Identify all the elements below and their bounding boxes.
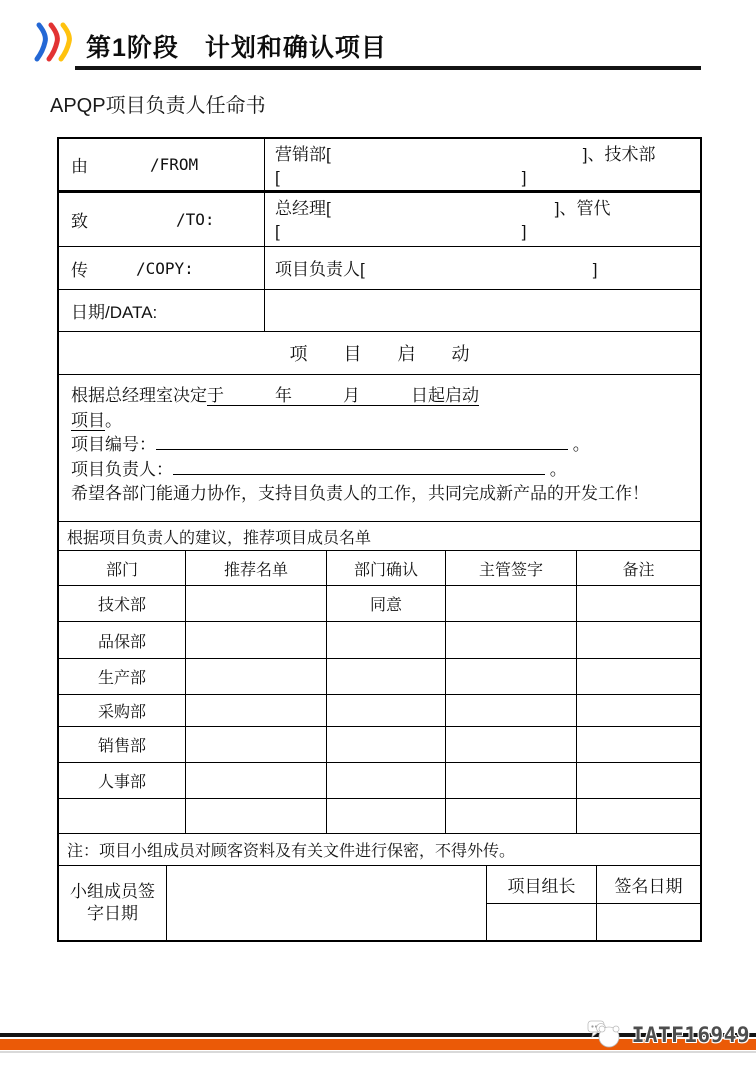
to-line2-pre: [ <box>275 222 280 241</box>
date-label-cell: 日期/DATA: <box>59 290 265 331</box>
to-row: 致 /TO: 总经理[]、管代 [] <box>59 193 700 247</box>
from-label-en: /FROM <box>150 155 198 174</box>
leader-signature-cell <box>487 904 597 941</box>
date-value-cell <box>265 290 700 331</box>
dept-cell: 采购部 <box>59 695 186 726</box>
project-leader-period: 。 <box>550 460 567 479</box>
copy-line1-post: ] <box>593 258 598 281</box>
remark-cell <box>577 763 700 798</box>
title-underline <box>75 66 701 70</box>
copy-label-cell: 传 /COPY: <box>59 247 265 289</box>
confidentiality-note-row: 注：项目小组成员对顾客资料及有关文件进行保密，不得外传。 <box>59 834 700 866</box>
col-header-signature: 主管签字 <box>446 551 577 585</box>
to-label-en: /TO: <box>176 210 215 229</box>
remark-cell <box>577 659 700 694</box>
confirm-cell: 同意 <box>327 586 446 621</box>
project-launch-title: 项 目 启 动 <box>290 340 470 366</box>
to-line2-post: ] <box>522 222 527 241</box>
signature-cell <box>446 586 577 621</box>
launch-line2-underlined: 项目 <box>71 411 105 431</box>
confirm-cell <box>327 622 446 658</box>
copy-line1-pre: 项目负责人[ <box>275 258 365 281</box>
page-title: 第1阶段 计划和确认项目 <box>86 28 387 64</box>
appointment-form-table: 由 /FROM 营销部[]、技术部 [] 致 /TO: 总经理[]、管代 [] … <box>57 137 702 942</box>
watermark: IATF16949 <box>587 1019 750 1051</box>
leader-signoff-header-row: 项目组长 签名日期 <box>487 866 700 904</box>
dept-cell: 人事部 <box>59 763 186 798</box>
confirm-cell <box>327 799 446 833</box>
to-line1-post: ]、管代 <box>555 199 611 218</box>
project-number-blank <box>156 434 568 450</box>
col-header-remark: 备注 <box>577 551 700 585</box>
sign-date-cell <box>597 904 700 941</box>
to-line1-pre: 总经理[ <box>275 199 331 218</box>
table-row: 销售部 <box>59 727 700 763</box>
copy-label-en: /COPY: <box>136 259 194 278</box>
leader-signoff-grid: 项目组长 签名日期 <box>487 866 700 940</box>
table-row <box>59 799 700 834</box>
launch-line1-plain: 根据总经理室决定 <box>71 386 207 405</box>
signature-cell <box>446 763 577 798</box>
watermark-text: IATF16949 <box>632 1023 750 1047</box>
team-signature-area <box>167 866 487 940</box>
from-value-cell: 营销部[]、技术部 [] <box>265 139 700 190</box>
from-line2-pre: [ <box>275 168 280 187</box>
copy-value-cell: 项目负责人[] <box>265 247 700 289</box>
confirm-cell <box>327 659 446 694</box>
from-line2-post: ] <box>522 168 527 187</box>
project-number-label: 项目编号： <box>71 435 156 454</box>
date-row: 日期/DATA: <box>59 290 700 332</box>
closing-line: 希望各部门能通力协作，支持目负责人的工作，共同完成新产品的开发工作！ <box>71 482 688 507</box>
recommended-cell <box>186 799 327 833</box>
signature-cell <box>446 659 577 694</box>
sign-date-header: 签名日期 <box>597 866 700 903</box>
table-row: 人事部 <box>59 763 700 799</box>
from-label-cn: 由 <box>71 152 88 177</box>
recommended-cell <box>186 763 327 798</box>
to-label-cn: 致 <box>71 207 88 232</box>
recommended-cell <box>186 695 327 726</box>
table-row: 技术部 同意 <box>59 586 700 622</box>
leader-header: 项目组长 <box>487 866 597 903</box>
dept-cell: 品保部 <box>59 622 186 658</box>
project-leader-label: 项目负责人： <box>71 460 173 479</box>
remark-cell <box>577 727 700 762</box>
project-number-line: 项目编号： 。 <box>71 433 688 458</box>
remark-cell <box>577 799 700 833</box>
launch-line1-blank: 于 年 月 日起启动 <box>207 386 479 406</box>
remark-cell <box>577 586 700 621</box>
launch-line2-plain: 。 <box>105 411 122 430</box>
signoff-row: 小组成员签字日期 项目组长 签名日期 <box>59 866 700 940</box>
col-header-recommended: 推荐名单 <box>186 551 327 585</box>
to-label-cell: 致 /TO: <box>59 193 265 246</box>
project-leader-blank <box>173 459 545 475</box>
from-row: 由 /FROM 营销部[]、技术部 [] <box>59 139 700 193</box>
confirm-cell <box>327 695 446 726</box>
table-row: 品保部 <box>59 622 700 659</box>
confirm-cell <box>327 727 446 762</box>
leader-signoff-value-row <box>487 904 700 941</box>
dept-cell: 销售部 <box>59 727 186 762</box>
signature-cell <box>446 622 577 658</box>
dept-cell <box>59 799 186 833</box>
copy-row: 传 /COPY: 项目负责人[] <box>59 247 700 290</box>
signature-cell <box>446 799 577 833</box>
launch-line-1: 根据总经理室决定于 年 月 日起启动 <box>71 384 688 409</box>
member-list-intro-row: 根据项目负责人的建议，推荐项目成员名单 <box>59 522 700 551</box>
table-row: 生产部 <box>59 659 700 695</box>
recommended-cell <box>186 727 327 762</box>
member-list-intro: 根据项目负责人的建议，推荐项目成员名单 <box>67 525 371 548</box>
to-value-cell: 总经理[]、管代 [] <box>265 193 700 246</box>
from-line1-post: ]、技术部 <box>583 145 656 164</box>
dept-cell: 技术部 <box>59 586 186 621</box>
launch-line-2: 项目。 <box>71 409 688 434</box>
table-row: 采购部 <box>59 695 700 727</box>
dept-cell: 生产部 <box>59 659 186 694</box>
recommended-cell <box>186 586 327 621</box>
project-launch-title-row: 项 目 启 动 <box>59 332 700 375</box>
project-number-period: 。 <box>573 435 590 454</box>
date-label: 日期/DATA: <box>71 298 157 323</box>
member-table-header: 部门 推荐名单 部门确认 主管签字 备注 <box>59 551 700 586</box>
launch-paragraph: 根据总经理室决定于 年 月 日起启动 项目。 项目编号： 。 项目负责人： 。 … <box>59 375 700 522</box>
col-header-confirm: 部门确认 <box>327 551 446 585</box>
from-label-cell: 由 /FROM <box>59 139 265 190</box>
document-subtitle: APQP项目负责人任命书 <box>50 89 266 118</box>
triple-chevron-logo <box>30 17 80 67</box>
footer-gray-line <box>0 1051 756 1053</box>
signature-cell <box>446 727 577 762</box>
signature-cell <box>446 695 577 726</box>
confirm-cell <box>327 763 446 798</box>
remark-cell <box>577 695 700 726</box>
recommended-cell <box>186 622 327 658</box>
wechat-mascot-icon <box>587 1019 627 1051</box>
col-header-dept: 部门 <box>59 551 186 585</box>
confidentiality-note: 注：项目小组成员对顾客资料及有关文件进行保密，不得外传。 <box>67 838 515 861</box>
from-line1-pre: 营销部[ <box>275 145 331 164</box>
team-signature-label: 小组成员签字日期 <box>59 866 167 940</box>
project-leader-line: 项目负责人： 。 <box>71 458 688 483</box>
remark-cell <box>577 622 700 658</box>
copy-label-cn: 传 <box>71 256 88 281</box>
recommended-cell <box>186 659 327 694</box>
